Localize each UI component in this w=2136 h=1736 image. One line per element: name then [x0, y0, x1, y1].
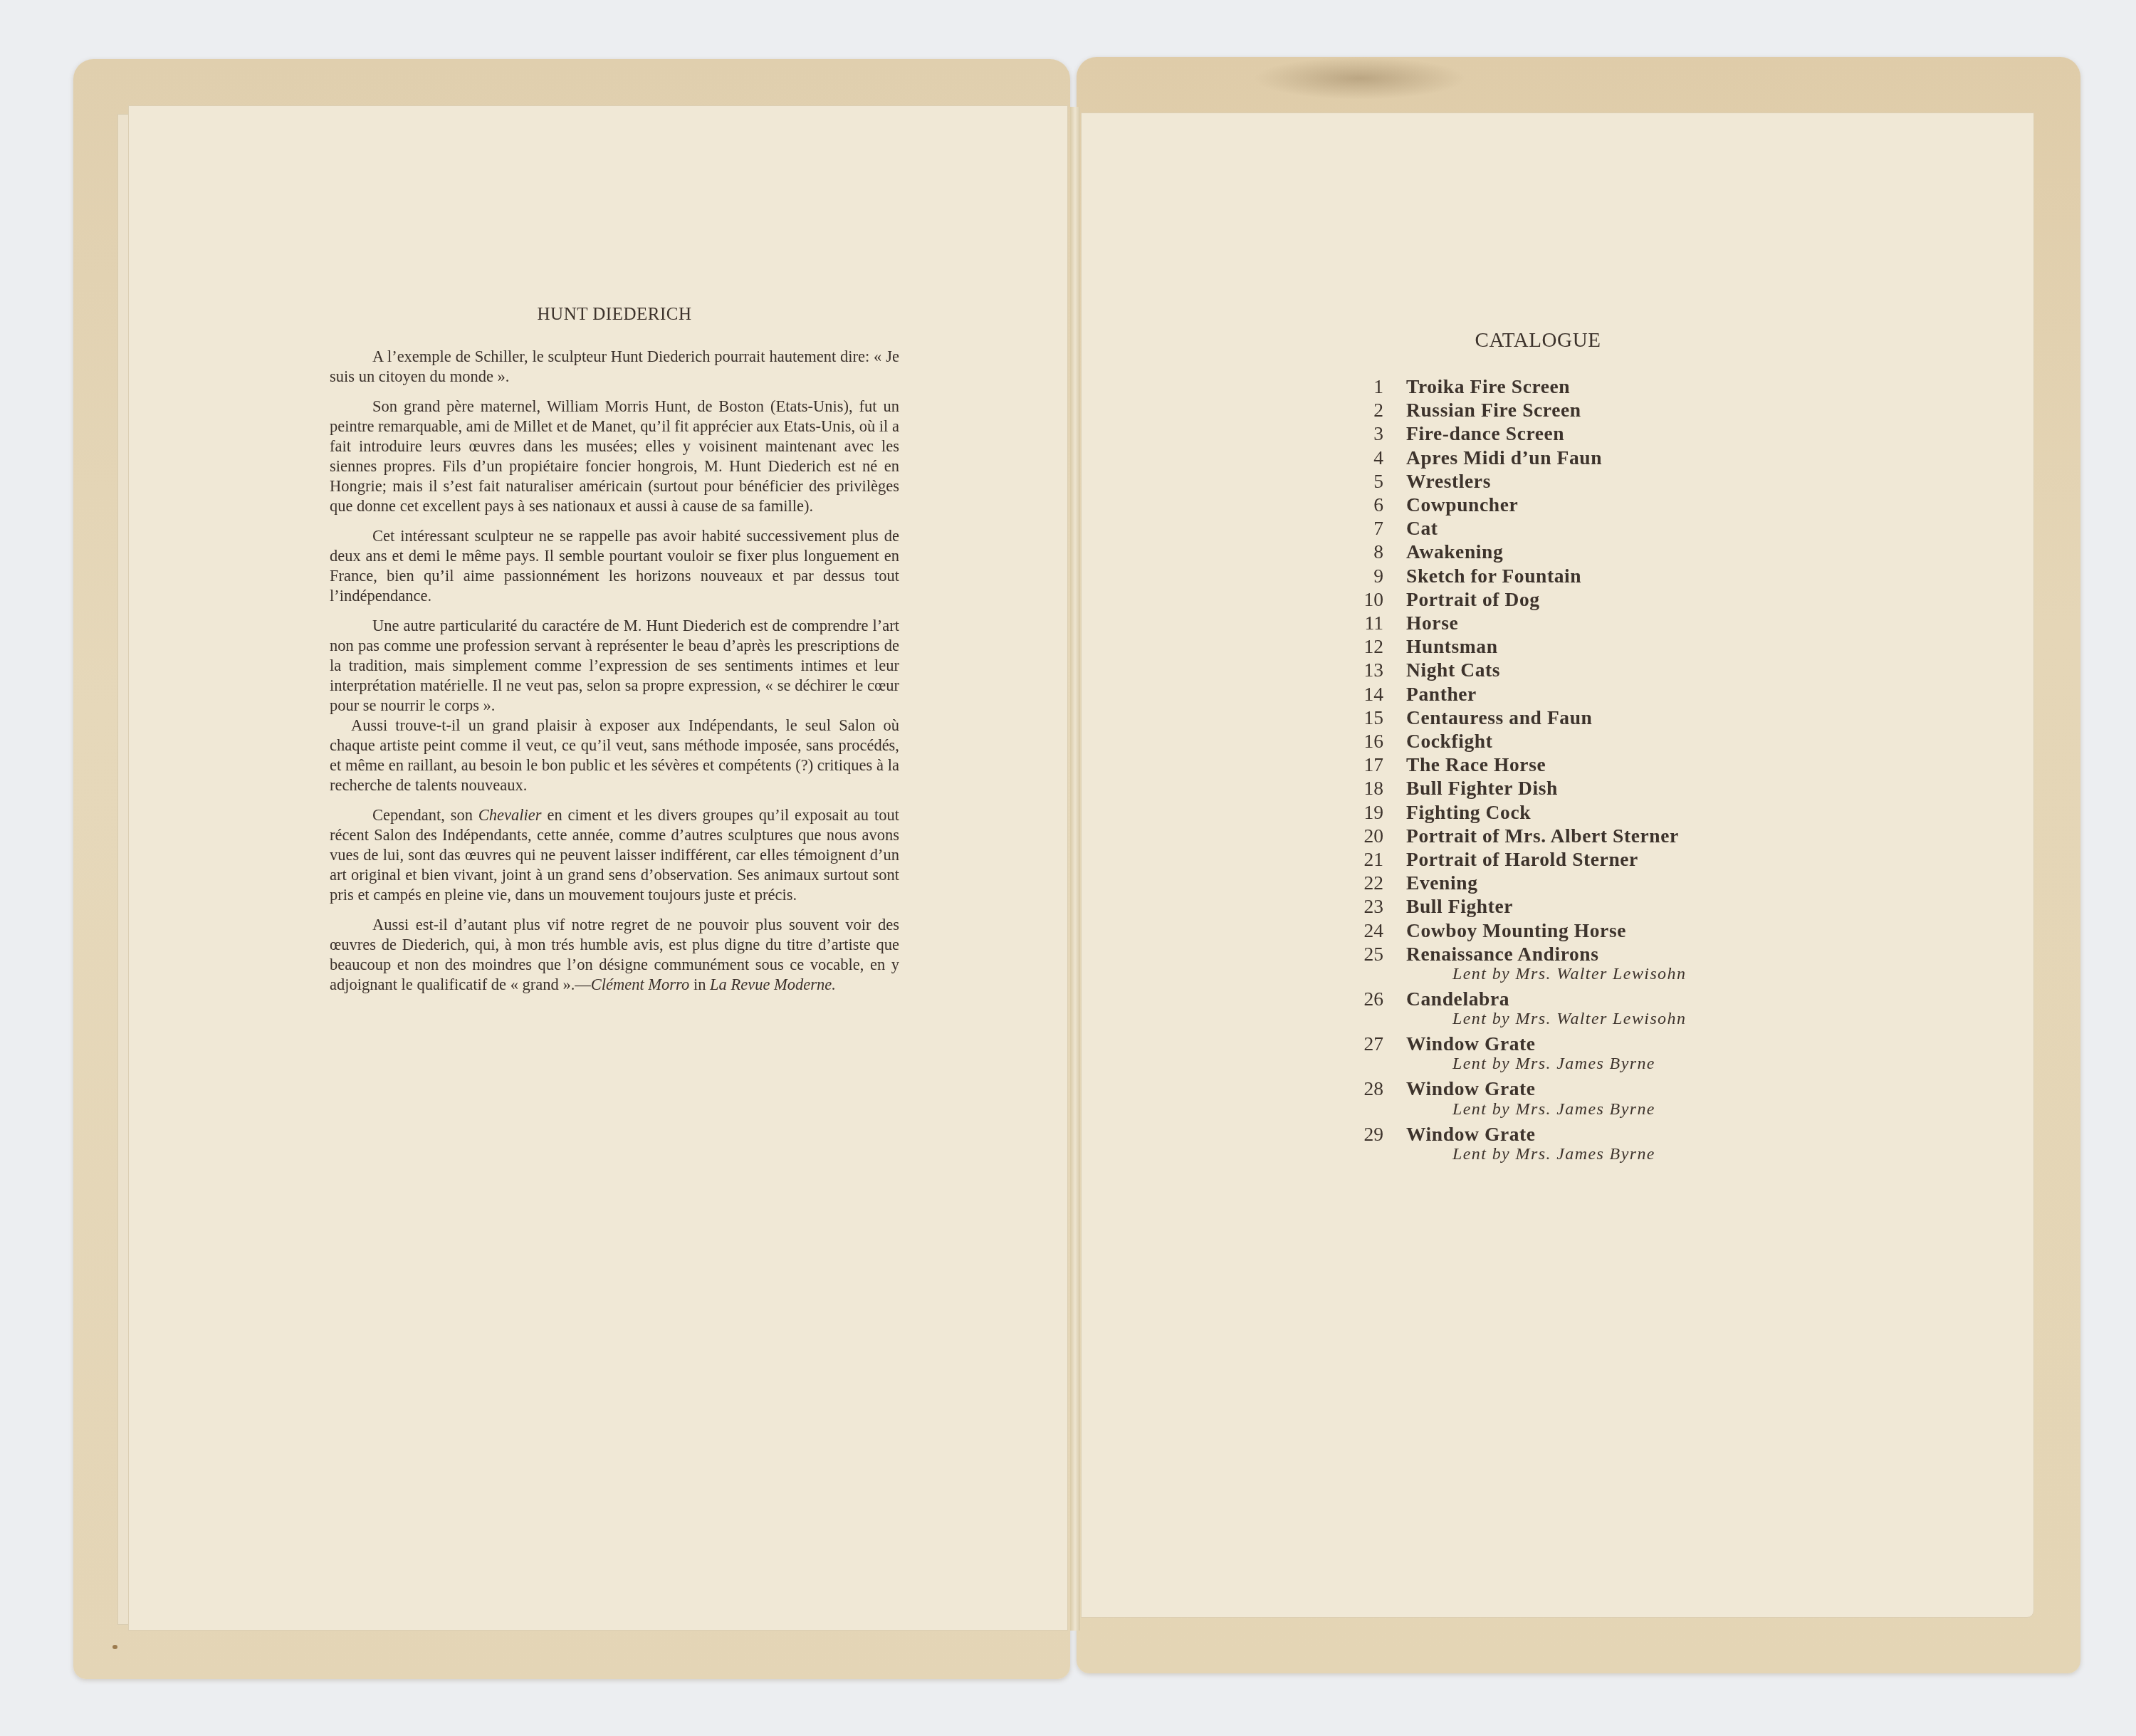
catalogue-item: 13Night Cats: [1346, 658, 1844, 681]
catalogue-item: 29Window Grate: [1346, 1122, 1844, 1146]
catalogue-lender: Lent by Mrs. Walter Lewisohn: [1346, 964, 1844, 984]
catalogue-item-title: Candelabra: [1406, 987, 1509, 1010]
catalogue-item: 10Portrait of Dog: [1346, 587, 1844, 611]
catalogue-item-title: Horse: [1406, 611, 1458, 634]
catalogue-item-title: Centauress and Faun: [1406, 706, 1593, 729]
catalogue-item-title: Portrait of Harold Sterner: [1406, 847, 1638, 871]
catalogue-title: CATALOGUE: [1339, 329, 1737, 352]
essay-text: .: [832, 976, 836, 993]
catalogue-item: 17The Race Horse: [1346, 753, 1844, 776]
catalogue-number: 20: [1346, 824, 1406, 847]
catalogue-item-title: Cockfight: [1406, 729, 1493, 753]
essay-paragraph: Aussi est-il d’autant plus vif notre reg…: [330, 915, 899, 995]
essay-title: HUNT DIEDERICH: [330, 305, 899, 325]
catalogue-number: 10: [1346, 587, 1406, 611]
catalogue-item: 5Wrestlers: [1346, 469, 1844, 493]
essay-text: in: [689, 976, 710, 993]
catalogue-item: 7Cat: [1346, 516, 1844, 540]
catalogue-item: 19Fighting Cock: [1346, 800, 1844, 824]
catalogue-number: 7: [1346, 516, 1406, 540]
essay-text: Cependant, son: [372, 806, 478, 824]
book-gutter: [1070, 107, 1080, 1631]
catalogue-number: 12: [1346, 634, 1406, 658]
catalogue-number: 9: [1346, 564, 1406, 587]
catalogue-number: 19: [1346, 800, 1406, 824]
essay-paragraph: Son grand père maternel, William Morris …: [330, 397, 899, 516]
catalogue-lender: Lent by Mrs. James Byrne: [1346, 1099, 1844, 1119]
catalogue-item-title: Panther: [1406, 682, 1477, 706]
essay-paragraph: A l’exemple de Schiller, le sculpteur Hu…: [330, 347, 899, 387]
catalogue-number: 2: [1346, 398, 1406, 422]
catalogue-number: 4: [1346, 446, 1406, 469]
artwork-title: Chevalier: [478, 806, 542, 824]
catalogue-number: 6: [1346, 493, 1406, 516]
catalogue-item-title: Troika Fire Screen: [1406, 375, 1570, 398]
catalogue-number: 21: [1346, 847, 1406, 871]
catalogue-item: 24Cowboy Mounting Horse: [1346, 919, 1844, 942]
essay-author: Clément Morro: [591, 976, 690, 993]
catalogue-item: 2Russian Fire Screen: [1346, 398, 1844, 422]
catalogue-number: 25: [1346, 942, 1406, 966]
catalogue-number: 29: [1346, 1122, 1406, 1146]
catalogue-item-title: Huntsman: [1406, 634, 1498, 658]
essay-paragraph: Une autre particularité du caractére de …: [330, 616, 899, 716]
catalogue-number: 18: [1346, 776, 1406, 800]
catalogue-number: 26: [1346, 987, 1406, 1010]
catalogue-item-title: Cowpuncher: [1406, 493, 1518, 516]
catalogue-item: 18Bull Fighter Dish: [1346, 776, 1844, 800]
catalogue-item: 26Candelabra: [1346, 987, 1844, 1010]
catalogue-item-title: Night Cats: [1406, 658, 1500, 681]
catalogue-number: 14: [1346, 682, 1406, 706]
catalogue-number: 15: [1346, 706, 1406, 729]
catalogue-item: 9Sketch for Fountain: [1346, 564, 1844, 587]
catalogue-item-title: Renaissance Andirons: [1406, 942, 1599, 966]
catalogue-item-title: Sketch for Fountain: [1406, 564, 1581, 587]
catalogue-item: 15Centauress and Faun: [1346, 706, 1844, 729]
catalogue-item: 21Portrait of Harold Sterner: [1346, 847, 1844, 871]
catalogue-item-title: Bull Fighter Dish: [1406, 776, 1558, 800]
cover-stain: [1253, 57, 1467, 100]
catalogue-lender: Lent by Mrs. James Byrne: [1346, 1054, 1844, 1074]
catalogue-item: 28Window Grate: [1346, 1077, 1844, 1100]
cover-speck: [112, 1645, 117, 1649]
catalogue-item: 25Renaissance Andirons: [1346, 942, 1844, 966]
catalogue-item: 4Apres Midi d’un Faun: [1346, 446, 1844, 469]
catalogue-item-title: Portrait of Mrs. Albert Sterner: [1406, 824, 1679, 847]
catalogue-number: 17: [1346, 753, 1406, 776]
catalogue-list: 1Troika Fire Screen2Russian Fire Screen3…: [1346, 375, 1844, 1167]
catalogue-number: 28: [1346, 1077, 1406, 1100]
catalogue-number: 22: [1346, 871, 1406, 894]
catalogue-lender: Lent by Mrs. James Byrne: [1346, 1144, 1844, 1164]
catalogue-item-title: The Race Horse: [1406, 753, 1546, 776]
catalogue-item-title: Fire-dance Screen: [1406, 422, 1564, 445]
catalogue-number: 8: [1346, 540, 1406, 563]
catalogue-item-title: Cowboy Mounting Horse: [1406, 919, 1626, 942]
catalogue-item-title: Evening: [1406, 871, 1477, 894]
catalogue-number: 16: [1346, 729, 1406, 753]
catalogue-item: 14Panther: [1346, 682, 1844, 706]
catalogue-item: 23Bull Fighter: [1346, 894, 1844, 918]
catalogue-number: 23: [1346, 894, 1406, 918]
catalogue-item-title: Wrestlers: [1406, 469, 1491, 493]
catalogue-number: 27: [1346, 1032, 1406, 1055]
catalogue-item: 8Awakening: [1346, 540, 1844, 563]
essay-body: A l’exemple de Schiller, le sculpteur Hu…: [330, 347, 899, 1005]
catalogue-item: 27Window Grate: [1346, 1032, 1844, 1055]
catalogue-number: 24: [1346, 919, 1406, 942]
essay-source: La Revue Moderne: [710, 976, 832, 993]
catalogue-item: 12Huntsman: [1346, 634, 1844, 658]
catalogue-item: 11Horse: [1346, 611, 1844, 634]
catalogue-item-title: Fighting Cock: [1406, 800, 1531, 824]
catalogue-item: 3Fire-dance Screen: [1346, 422, 1844, 445]
catalogue-item-title: Cat: [1406, 516, 1438, 540]
essay-paragraph: Aussi trouve-t-il un grand plaisir à exp…: [330, 716, 899, 795]
catalogue-number: 11: [1346, 611, 1406, 634]
catalogue-number: 3: [1346, 422, 1406, 445]
catalogue-number: 5: [1346, 469, 1406, 493]
catalogue-item-title: Window Grate: [1406, 1077, 1536, 1100]
catalogue-item-title: Apres Midi d’un Faun: [1406, 446, 1602, 469]
catalogue-item-title: Bull Fighter: [1406, 894, 1513, 918]
essay-paragraph: Cet intéressant sculpteur ne se rappelle…: [330, 526, 899, 606]
catalogue-item: 1Troika Fire Screen: [1346, 375, 1844, 398]
catalogue-item: 6Cowpuncher: [1346, 493, 1844, 516]
catalogue-item: 16Cockfight: [1346, 729, 1844, 753]
catalogue-item: 22Evening: [1346, 871, 1844, 894]
catalogue-item-title: Portrait of Dog: [1406, 587, 1540, 611]
essay-paragraph: Cependant, son Chevalier en ciment et le…: [330, 805, 899, 905]
catalogue-item-title: Awakening: [1406, 540, 1503, 563]
catalogue-item-title: Window Grate: [1406, 1032, 1536, 1055]
catalogue-number: 13: [1346, 658, 1406, 681]
catalogue-lender: Lent by Mrs. Walter Lewisohn: [1346, 1009, 1844, 1029]
catalogue-item-title: Window Grate: [1406, 1122, 1536, 1146]
catalogue-item: 20Portrait of Mrs. Albert Sterner: [1346, 824, 1844, 847]
catalogue-item-title: Russian Fire Screen: [1406, 398, 1581, 422]
catalogue-number: 1: [1346, 375, 1406, 398]
